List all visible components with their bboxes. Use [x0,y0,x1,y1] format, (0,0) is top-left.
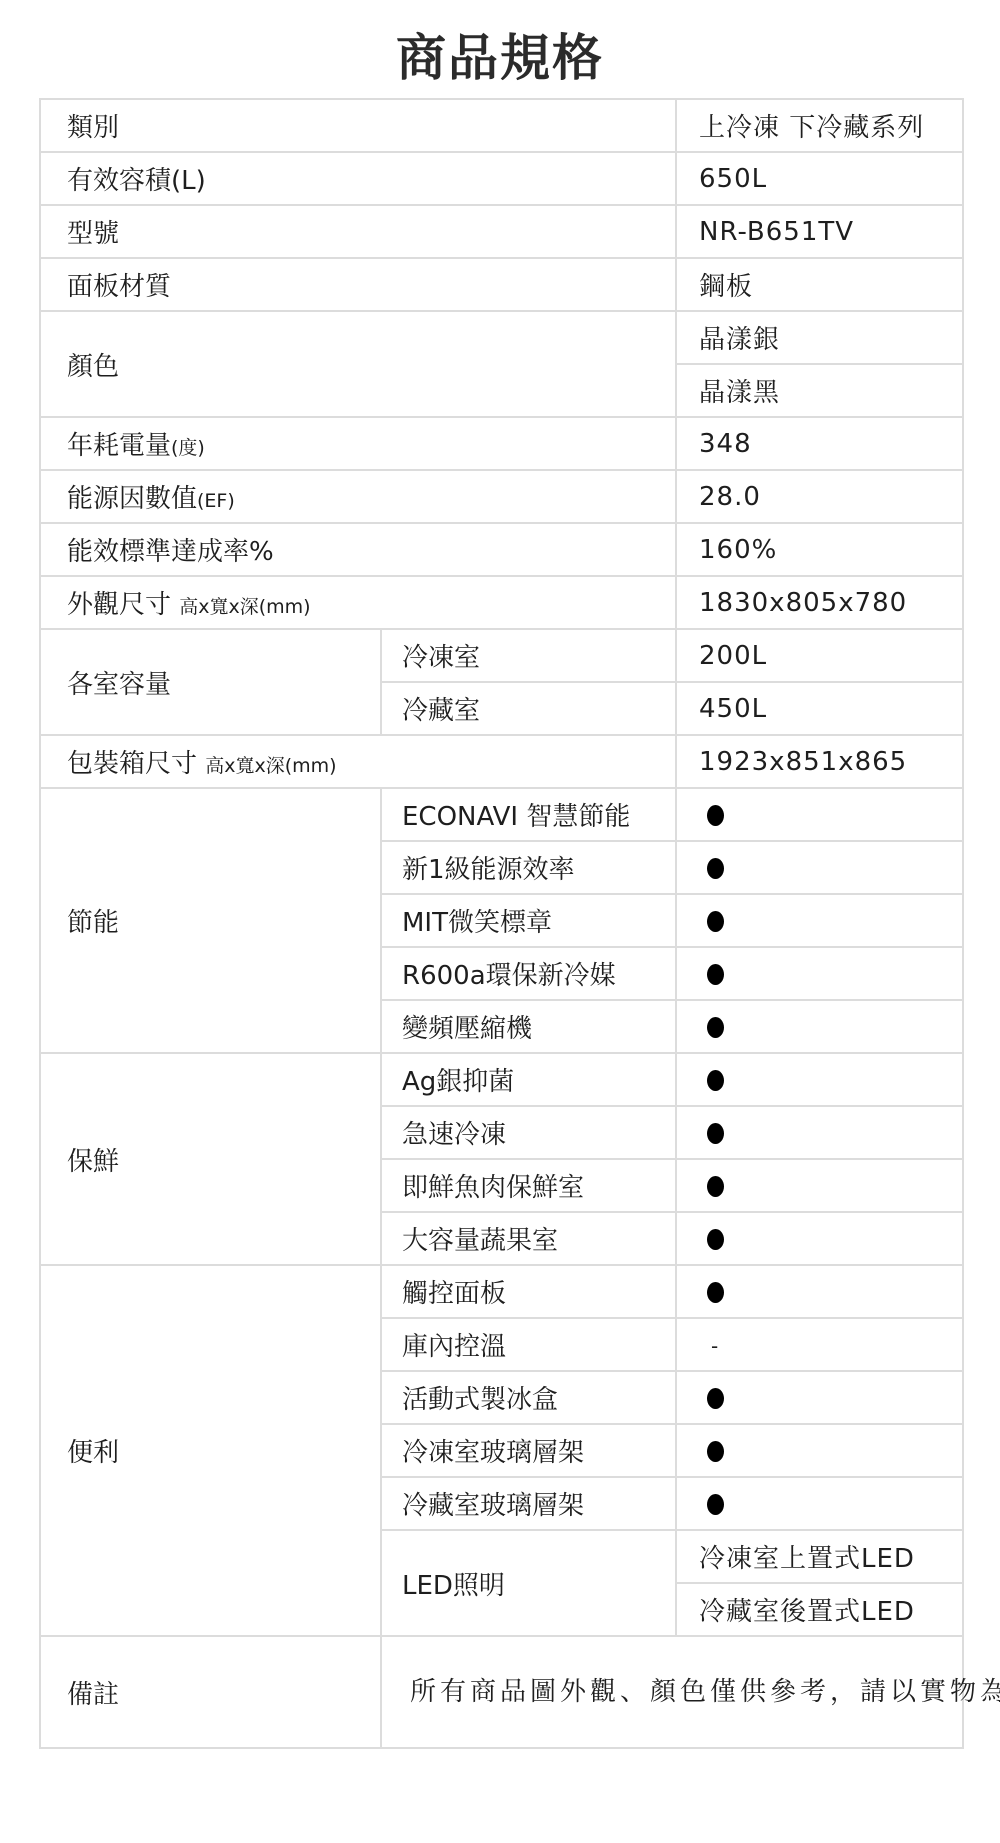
row-value: 冷藏室後置式LED [676,1583,963,1636]
table-row: 包裝箱尺寸 高x寬x深(mm) 1923x851x865 [40,735,963,788]
bullet-icon [707,1229,724,1250]
feature-cell [676,1424,963,1477]
item-name: 冷藏室玻璃層架 [381,1477,676,1530]
table-row: 各室容量 冷凍室 200L [40,629,963,682]
item-name: 新1級能源效率 [381,841,676,894]
table-row: 能效標準達成率% 160% [40,523,963,576]
feature-cell [676,1159,963,1212]
group-label: 節能 [40,788,381,1053]
table-row: 型號 NR-B651TV [40,205,963,258]
bullet-icon [707,1070,724,1091]
label-unit: 高x寬x深(mm) [205,755,336,777]
feature-cell [676,1000,963,1053]
row-value: 450L [676,682,963,735]
item-name: 觸控面板 [381,1265,676,1318]
label-main: 年耗電量 [67,431,171,461]
feature-cell [676,1371,963,1424]
table-row: 有效容積(L) 650L [40,152,963,205]
row-value: 200L [676,629,963,682]
row-label: 能源因數值(EF) [40,470,676,523]
row-value: 1923x851x865 [676,735,963,788]
group-label: 保鮮 [40,1053,381,1265]
page-title: 商品規格 [0,18,1000,90]
spec-table: 類別 上冷凍 下冷藏系列 有效容積(L) 650L 型號 NR-B651TV 面… [39,98,964,1749]
feature-cell [676,1053,963,1106]
row-value: 冷凍室上置式LED [676,1530,963,1583]
item-name: R600a環保新冷媒 [381,947,676,1000]
not-available-dash: - [711,1334,719,1358]
bullet-icon [707,1176,724,1197]
item-name: 冷凍室玻璃層架 [381,1424,676,1477]
row-value: 28.0 [676,470,963,523]
table-row: 外觀尺寸 高x寬x深(mm) 1830x805x780 [40,576,963,629]
feature-cell [676,1212,963,1265]
row-label: 能效標準達成率% [40,523,676,576]
row-label: 外觀尺寸 高x寬x深(mm) [40,576,676,629]
row-label: 類別 [40,99,676,152]
table-row: 類別 上冷凍 下冷藏系列 [40,99,963,152]
bullet-icon [707,964,724,985]
label-unit: (EF) [197,490,235,512]
row-value: 鋼板 [676,258,963,311]
feature-cell [676,1477,963,1530]
feature-cell [676,788,963,841]
row-value: 348 [676,417,963,470]
item-name: LED照明 [381,1530,676,1636]
label-unit: (度) [171,437,205,459]
item-name: 變頻壓縮機 [381,1000,676,1053]
item-name: 即鮮魚肉保鮮室 [381,1159,676,1212]
bullet-icon [707,1123,724,1144]
feature-cell [676,1265,963,1318]
table-row: 保鮮 Ag銀抑菌 [40,1053,963,1106]
table-row: 備註 所有商品圖外觀、顏色僅供參考，請以實物為準。 [40,1636,963,1748]
row-label: 包裝箱尺寸 高x寬x深(mm) [40,735,676,788]
label-main: 能源因數值 [67,484,197,514]
bullet-icon [707,1494,724,1515]
remark-text: 所有商品圖外觀、顏色僅供參考，請以實物為準。 [381,1636,963,1748]
table-row: 面板材質 鋼板 [40,258,963,311]
row-label: 年耗電量(度) [40,417,676,470]
feature-cell [676,1106,963,1159]
table-row: 顏色 晶漾銀 [40,311,963,364]
table-row: 年耗電量(度) 348 [40,417,963,470]
group-label: 各室容量 [40,629,381,735]
item-name: ECONAVI 智慧節能 [381,788,676,841]
table-row: 節能 ECONAVI 智慧節能 [40,788,963,841]
row-label: 備註 [40,1636,381,1748]
item-name: Ag銀抑菌 [381,1053,676,1106]
item-name: 冷凍室 [381,629,676,682]
label-unit: 高x寬x深(mm) [179,596,310,618]
row-label: 顏色 [40,311,676,417]
row-label: 面板材質 [40,258,676,311]
label-main: 包裝箱尺寸 [67,749,205,779]
group-label: 便利 [40,1265,381,1636]
bullet-icon [707,1388,724,1409]
row-value: 160% [676,523,963,576]
row-label: 有效容積(L) [40,152,676,205]
bullet-icon [707,911,724,932]
table-row: 能源因數值(EF) 28.0 [40,470,963,523]
bullet-icon [707,805,724,826]
feature-cell [676,841,963,894]
row-value: 上冷凍 下冷藏系列 [676,99,963,152]
item-name: 冷藏室 [381,682,676,735]
bullet-icon [707,858,724,879]
feature-cell [676,947,963,1000]
row-value: NR-B651TV [676,205,963,258]
item-name: MIT微笑標章 [381,894,676,947]
feature-cell: - [676,1318,963,1371]
label-main: 外觀尺寸 [67,590,179,620]
item-name: 活動式製冰盒 [381,1371,676,1424]
bullet-icon [707,1441,724,1462]
row-value: 晶漾黑 [676,364,963,417]
item-name: 急速冷凍 [381,1106,676,1159]
table-row: 便利 觸控面板 [40,1265,963,1318]
bullet-icon [707,1017,724,1038]
item-name: 庫內控溫 [381,1318,676,1371]
row-value: 1830x805x780 [676,576,963,629]
bullet-icon [707,1282,724,1303]
row-label: 型號 [40,205,676,258]
row-value: 650L [676,152,963,205]
row-value: 晶漾銀 [676,311,963,364]
feature-cell [676,894,963,947]
item-name: 大容量蔬果室 [381,1212,676,1265]
